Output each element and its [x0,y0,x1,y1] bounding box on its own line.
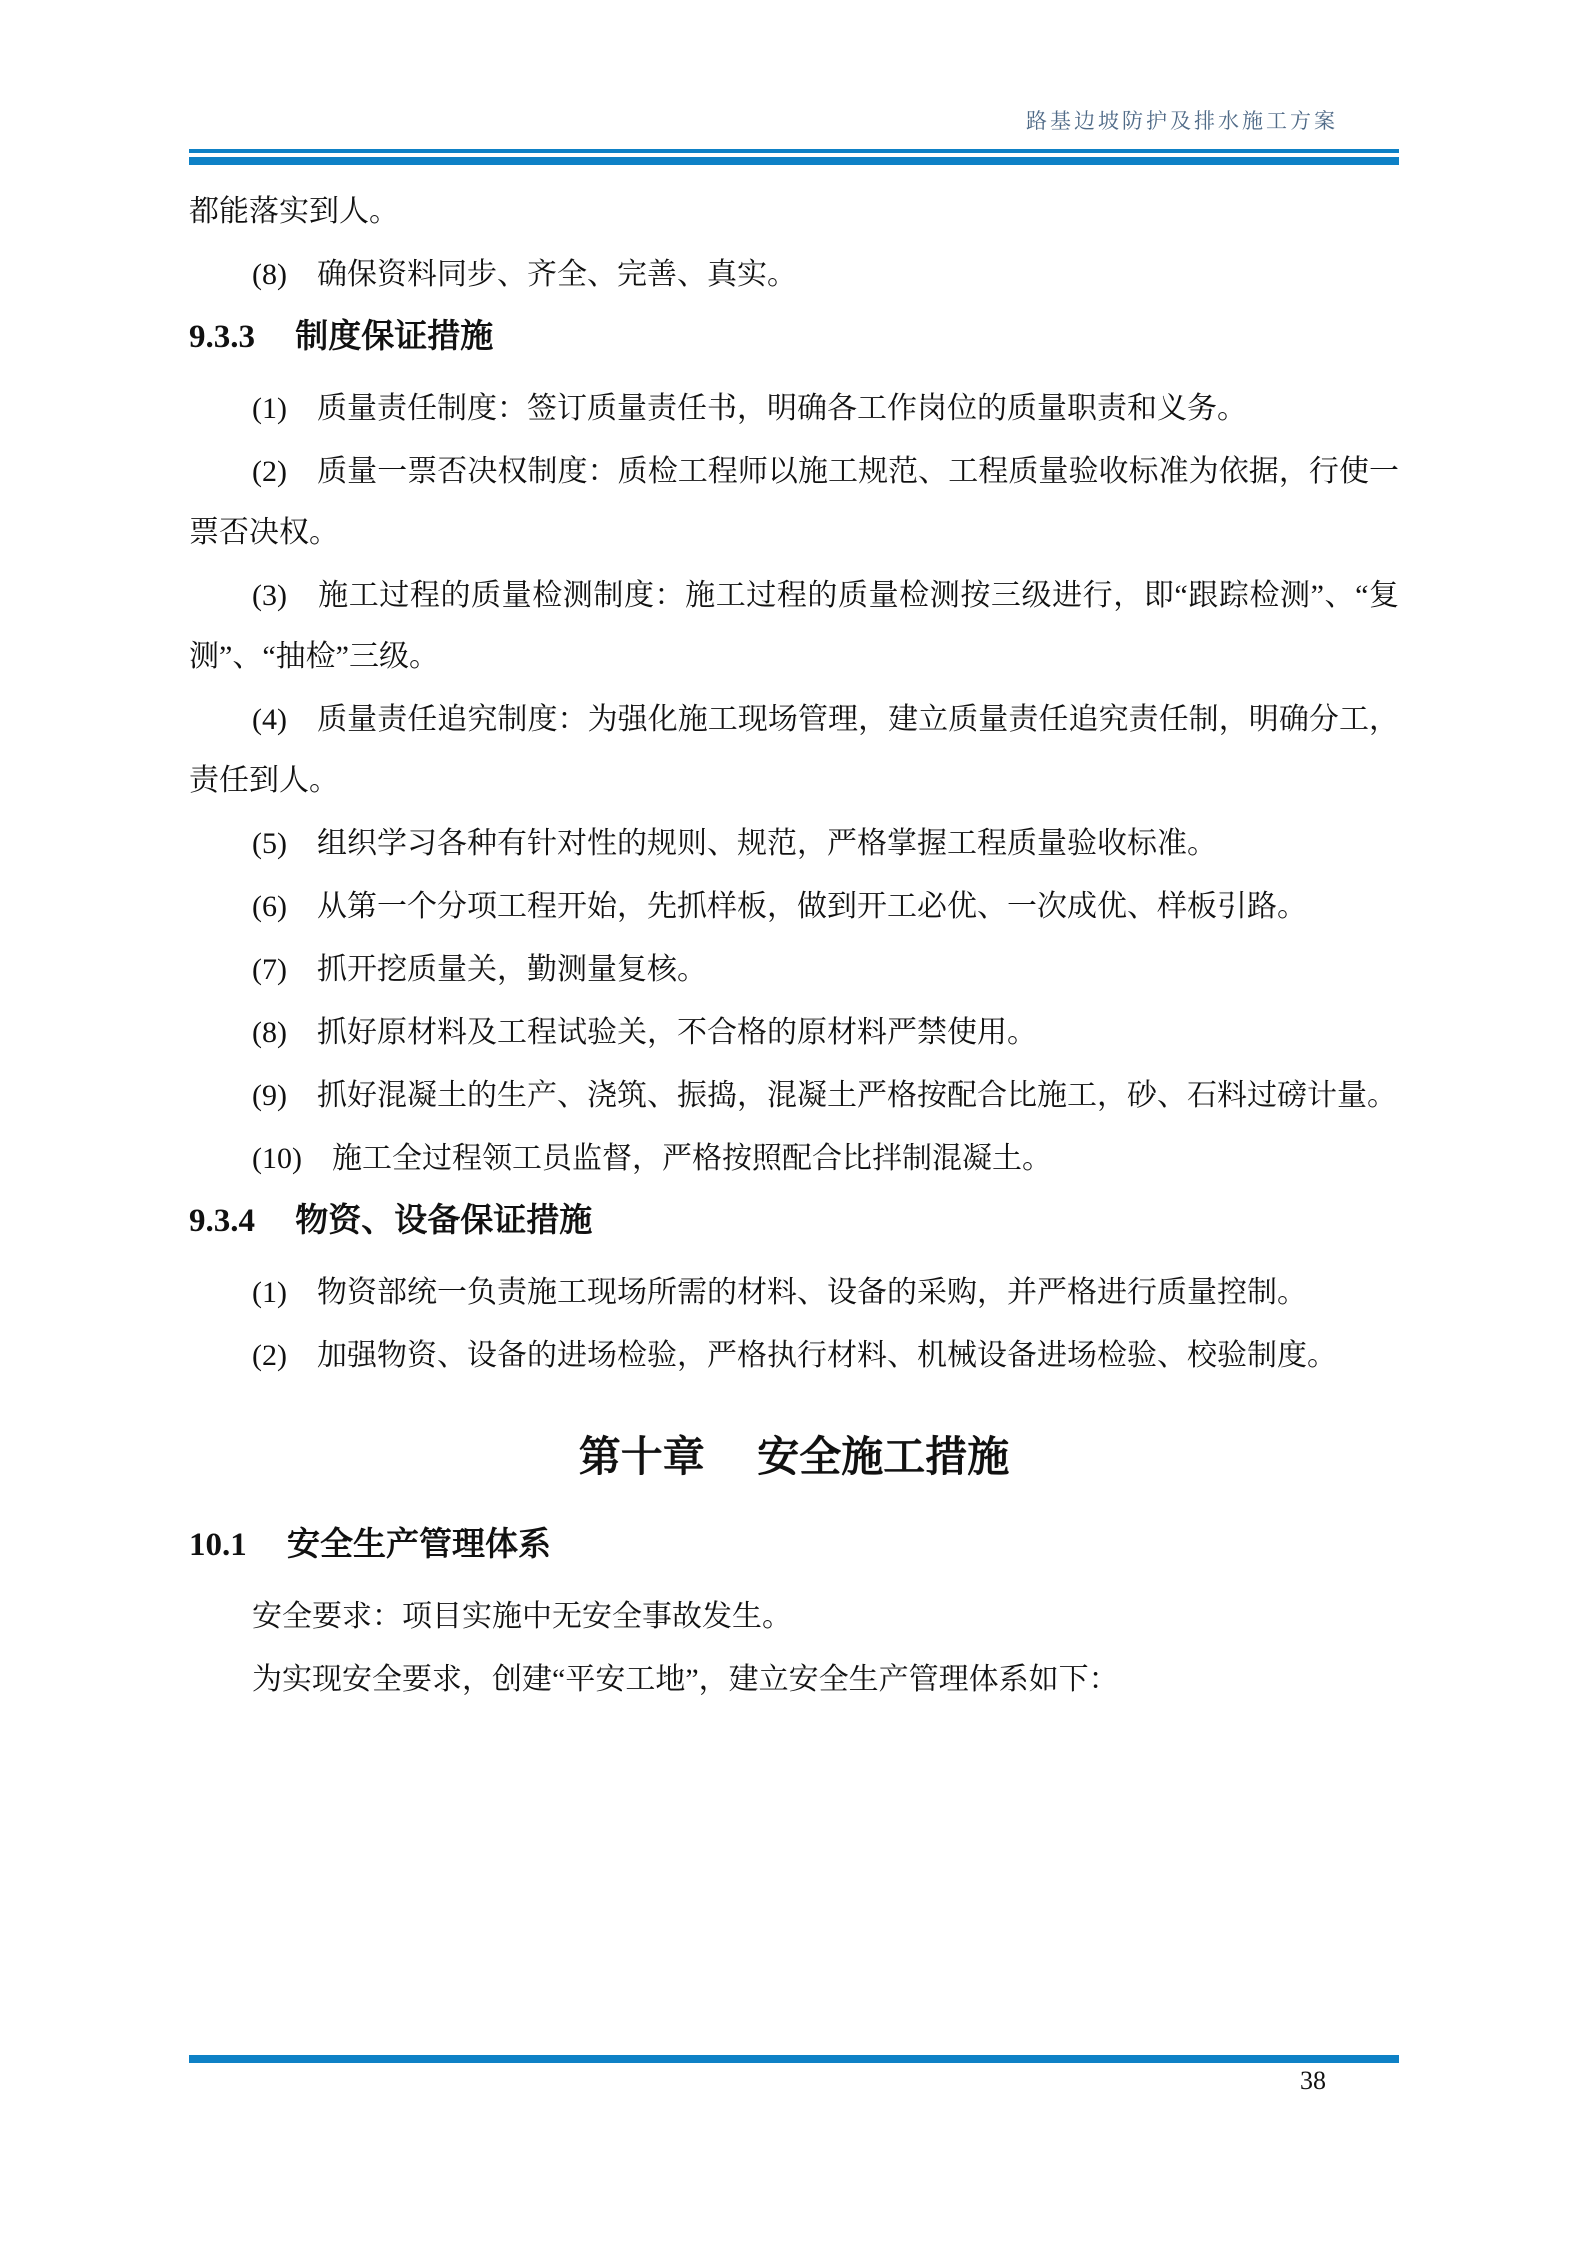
body-paragraph: 为实现安全要求，创建“平安工地”，建立安全生产管理体系如下： [189,1649,1399,1710]
body-paragraph-item: (5) 组织学习各种有针对性的规则、规范，严格掌握工程质量验收标准。 [189,813,1399,874]
section-number: 10.1 [189,1527,247,1563]
document-page: 路基边坡防护及排水施工方案 都能落实到人。 (8) 确保资料同步、齐全、完善、真… [0,0,1587,2245]
document-body: 都能落实到人。 (8) 确保资料同步、齐全、完善、真实。 9.3.3 制度保证措… [189,165,1399,1710]
body-paragraph-item: (1) 质量责任制度：签订质量责任书，明确各工作岗位的质量职责和义务。 [189,378,1399,439]
chapter-number: 第十章 [579,1435,705,1481]
page-footer: 38 [189,2055,1399,2096]
body-paragraph-item: (1) 物资部统一负责施工现场所需的材料、设备的采购，并严格进行质量控制。 [189,1262,1399,1323]
header-rule-thick [189,157,1399,165]
section-heading-9-3-4: 9.3.4 物资、设备保证措施 [189,1191,1399,1252]
footer-rule [189,2055,1399,2063]
body-paragraph-item: (4) 质量责任追究制度：为强化施工现场管理，建立质量责任追究责任制，明确分工，… [189,689,1399,811]
body-paragraph-item: (7) 抓开挖质量关，勤测量复核。 [189,939,1399,1000]
chapter-title: 安全施工措施 [757,1435,1009,1481]
body-paragraph-continuation: 都能落实到人。 [189,181,1399,242]
section-heading-9-3-3: 9.3.3 制度保证措施 [189,307,1399,368]
body-paragraph-item: (3) 施工过程的质量检测制度：施工过程的质量检测按三级进行，即“跟踪检测”、“… [189,565,1399,687]
section-number: 9.3.3 [189,319,255,355]
section-title: 物资、设备保证措施 [295,1203,592,1239]
section-title: 安全生产管理体系 [287,1527,551,1563]
page-number: 38 [189,2066,1399,2096]
body-paragraph-item: (6) 从第一个分项工程开始，先抓样板，做到开工必优、一次成优、样板引路。 [189,876,1399,937]
chapter-heading-10: 第十章 安全施工措施 [189,1428,1399,1489]
body-paragraph-item: (2) 加强物资、设备的进场检验，严格执行材料、机械设备进场检验、校验制度。 [189,1325,1399,1386]
body-paragraph-item: (8) 确保资料同步、齐全、完善、真实。 [189,244,1399,305]
header-title: 路基边坡防护及排水施工方案 [189,106,1399,137]
page-header: 路基边坡防护及排水施工方案 [189,106,1399,165]
body-paragraph: 安全要求：项目实施中无安全事故发生。 [189,1586,1399,1647]
body-paragraph-item: (8) 抓好原材料及工程试验关，不合格的原材料严禁使用。 [189,1002,1399,1063]
section-heading-10-1: 10.1 安全生产管理体系 [189,1515,1399,1576]
body-paragraph-item: (10) 施工全过程领工员监督，严格按照配合比拌制混凝土。 [189,1128,1399,1189]
body-paragraph-item: (9) 抓好混凝土的生产、浇筑、振捣，混凝土严格按配合比施工，砂、石料过磅计量。 [189,1065,1399,1126]
section-number: 9.3.4 [189,1203,255,1239]
header-rule-thin [189,149,1399,153]
section-title: 制度保证措施 [295,319,493,355]
body-paragraph-item: (2) 质量一票否决权制度：质检工程师以施工规范、工程质量验收标准为依据，行使一… [189,441,1399,563]
